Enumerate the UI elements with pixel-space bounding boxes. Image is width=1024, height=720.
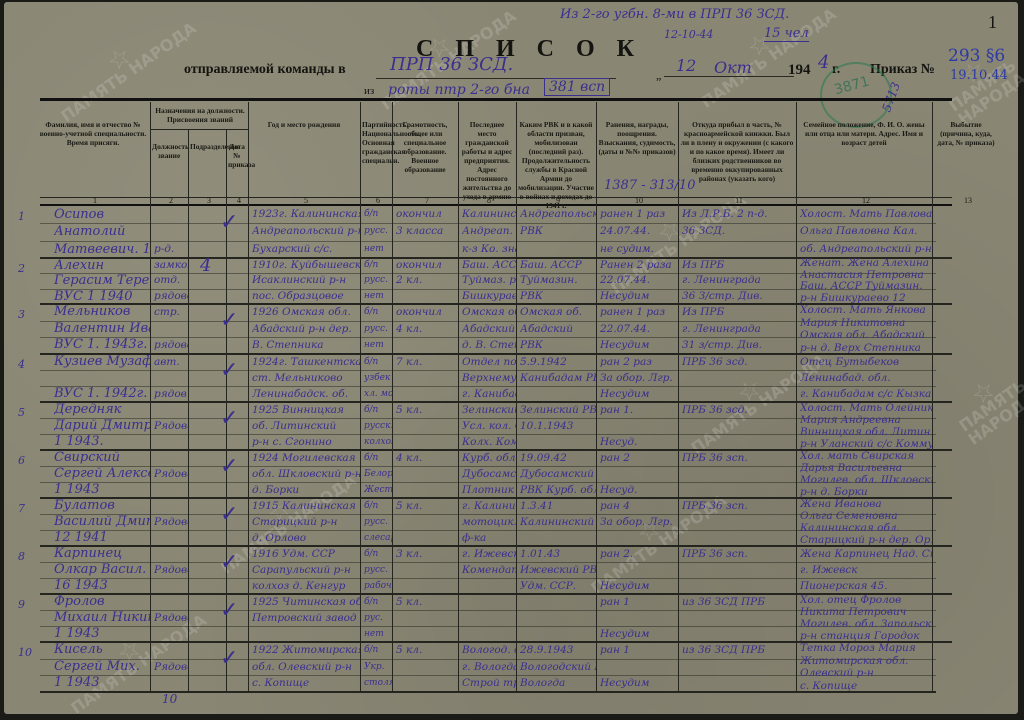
cell-birth: д. Орлово: [252, 530, 360, 546]
cell-family: Баш. АССР Туймазин.: [800, 281, 932, 293]
cell-edu: 4 кл.: [396, 450, 458, 466]
cell-awards: ран 2: [600, 450, 678, 466]
column-number-1: 1: [40, 196, 150, 205]
cell-unit: 4: [200, 258, 234, 273]
cell-name: Михаил Никит.: [54, 610, 150, 626]
cell-rvk: РВК Курб. обл.: [520, 482, 596, 498]
cell-family: Тетка Мороз Мария: [800, 642, 932, 655]
from-unit: роты птр 2-го бна: [388, 82, 530, 98]
top-note-line2: 12-10-44: [664, 28, 713, 41]
column-divider: [392, 102, 393, 692]
cell-work: Вологод. обл.: [462, 642, 516, 659]
checkmark-icon: ✓: [220, 210, 238, 235]
cell-party: б/п: [364, 304, 392, 321]
cell-awards: ран 1.: [600, 402, 678, 418]
cell-family: Холост. Мать Павлова: [800, 206, 932, 223]
cell-birth: обл. Олевский р-н: [252, 659, 360, 676]
cell-party: русс.: [364, 562, 392, 578]
column-header-10: Ранения, награды, поощрения. Взыскания, …: [598, 120, 676, 156]
cell-name: Сергей Алексеев.: [54, 466, 150, 482]
cell-awards: ран 1: [600, 594, 678, 610]
cell-birth: 1924 Могилевская: [252, 450, 360, 466]
cell-work: д. В. Степника: [462, 337, 516, 354]
cell-rank: рядов.: [154, 386, 188, 402]
cell-birth: Абадский р-н дер.: [252, 321, 360, 338]
column-header-8: Последнее место гражданской работы и адр…: [460, 120, 514, 201]
cell-birth: Андреапольский р-н: [252, 223, 360, 240]
cell-party: б/п: [364, 594, 392, 610]
cell-work: Абадский р-н: [462, 321, 516, 338]
cell-name: ВУС 1 1940: [54, 289, 150, 304]
column-number-10: 10: [600, 196, 678, 205]
checkmark-icon: ✓: [220, 454, 238, 479]
cell-birth: Петровский завод: [252, 610, 360, 626]
cell-family: Женат. Жена Алехина: [800, 258, 932, 270]
column-number-8: 8: [462, 196, 516, 205]
top-note-line1: Из 2-го угбн. 8-ми в ПРП 36 ЗСД.: [560, 7, 789, 22]
cell-awards: ран 2 раз: [600, 354, 678, 370]
cell-work: Отдел по: [462, 354, 516, 370]
cell-rvk: Зелинский РВК: [520, 402, 596, 418]
cell-awards: 22.07.44.: [600, 273, 678, 288]
cell-edu: 3 кл.: [396, 546, 458, 562]
cell-party: нет: [364, 626, 392, 642]
cell-work: Туймаз. р-н: [462, 273, 516, 288]
cell-family: Жена Карпинец Над. Ст.: [800, 546, 932, 562]
cell-birth: ст. Мельниково: [252, 370, 360, 386]
cell-family: Могилев. обл. Запольский: [800, 618, 932, 630]
cell-birth: 1923г. Калининская об.: [252, 206, 360, 223]
cell-birth: колхоз д. Кенгур: [252, 578, 360, 594]
cell-edu: 7 кл.: [396, 354, 458, 370]
cell-birth: обл. Шкловский р-н: [252, 466, 360, 482]
cell-party: б/п: [364, 546, 392, 562]
column-divider: [188, 130, 189, 692]
cell-awards: За обор. Лгр.: [600, 514, 678, 530]
cell-family: Могилев. обл. Шкловский: [800, 474, 932, 486]
cell-work: Усл. кол. Сл.: [462, 418, 516, 434]
cell-awards: не судим.: [600, 241, 678, 258]
row-number: 8: [18, 550, 25, 563]
cell-rvk: 5.9.1942: [520, 354, 596, 370]
cell-party: нет: [364, 337, 392, 354]
cell-work: мотоциклетн.: [462, 514, 516, 530]
cell-edu: 5 кл.: [396, 498, 458, 514]
cell-work: г. Вологда: [462, 659, 516, 676]
cell-edu: 5 кл.: [396, 594, 458, 610]
cell-rvk: Ижевский РВК: [520, 562, 596, 578]
checkmark-icon: ✓: [220, 598, 238, 623]
table-top-border: [40, 98, 952, 101]
cell-name: Мельников: [54, 304, 150, 321]
cell-party: Белорус.: [364, 466, 392, 482]
cell-name: ВУС 1. 1942г.: [54, 386, 150, 402]
checkmark-icon: ✓: [220, 502, 238, 527]
cell-family: Старицкий р-н дер. Орлово: [800, 534, 932, 546]
row-number: 2: [18, 262, 25, 275]
column-number-7: 7: [396, 196, 458, 205]
cell-rank: замком: [154, 258, 188, 273]
cell-from: ПРБ 36 зсд.: [682, 402, 796, 418]
cell-birth: р-н с. Сгонино: [252, 434, 360, 450]
cell-party: б/п: [364, 498, 392, 514]
column-number-9: 9: [520, 196, 596, 205]
cell-name: ВУС 1. 1943г.: [54, 337, 150, 354]
row-number: 1: [18, 210, 25, 223]
cell-family: Мария Андреевна: [800, 414, 932, 426]
order-date: 19.10.44: [950, 68, 1008, 83]
cell-awards: 22.07.44.: [600, 321, 678, 338]
cell-from: Из ПРБ: [682, 258, 796, 273]
cell-family: р-н Бишкураево 12: [800, 293, 932, 305]
cell-name: Булатов: [54, 498, 150, 514]
cell-party: б/п: [364, 258, 392, 273]
cell-work: г. Калинин: [462, 498, 516, 514]
cell-from: 31 з/стр. Див.: [682, 337, 796, 354]
column-number-4: 4: [230, 196, 248, 205]
cell-party: русск.: [364, 418, 392, 434]
cell-rank: р-д.: [154, 241, 188, 258]
cell-birth: Старицкий р-н: [252, 514, 360, 530]
cell-birth: пос. Образцовое: [252, 289, 360, 304]
cell-from: ПРБ 36 зсд.: [682, 354, 796, 370]
cell-rvk: РВК: [520, 223, 596, 240]
cell-from: 36 ЗСД.: [682, 223, 796, 240]
cell-family: р-н станция Городок: [800, 630, 932, 642]
page-number: 1: [988, 12, 997, 33]
cell-awards: ранен 1 раз: [600, 206, 678, 223]
cell-name: Анатолий: [54, 223, 150, 240]
cell-name: 1 1943: [54, 626, 150, 642]
cell-awards: Несудим: [600, 626, 678, 642]
cell-rvk: Андреапольский: [520, 206, 596, 223]
cell-rvk: 10.1.1943: [520, 418, 596, 434]
cell-family: Омская обл. Абадский: [800, 329, 932, 342]
unit-box: 381 всп: [544, 78, 610, 96]
cell-rank: отд.: [154, 273, 188, 288]
cell-rank: Рядовой: [154, 610, 188, 626]
cell-rvk: 1.01.43: [520, 546, 596, 562]
column-number-2: 2: [154, 196, 188, 205]
cell-name: 12 1941: [54, 530, 150, 546]
row-number: 3: [18, 308, 25, 321]
cell-name: Валентин Иван.: [54, 321, 150, 338]
cell-family: Калининская обл.: [800, 522, 932, 534]
cell-name: Алехин: [54, 258, 150, 273]
cell-birth: 1910г. Куйбышевская: [252, 258, 360, 273]
cell-birth: Ленинабадск. об.: [252, 386, 360, 402]
column-header-6: Партийность. Национальность. Основная гр…: [362, 120, 390, 165]
cell-edu: окончил: [396, 304, 458, 321]
checkmark-icon: ✓: [220, 550, 238, 575]
cell-party: русс.: [364, 273, 392, 288]
column-header-13: Выбытие (причина, куда, дата, № приказа): [934, 120, 998, 147]
column-divider: [248, 102, 249, 692]
column-header-4: Дата № приказа: [228, 142, 246, 169]
cell-party: слесарь: [364, 530, 392, 546]
cell-from: Из Л.Р.Б. 2 п-д.: [682, 206, 796, 223]
column-number-12: 12: [800, 196, 932, 205]
cell-awards: Несудим: [600, 675, 678, 692]
cell-edu: 2 кл.: [396, 273, 458, 288]
cell-family: Винницкая обл. Литин.: [800, 426, 932, 438]
cell-work: Андреап. р-н: [462, 223, 516, 240]
cell-name: Матвеевич. 1920.: [54, 241, 150, 258]
cell-work: Верхнему: [462, 370, 516, 386]
cell-work: Курб. обл.: [462, 450, 516, 466]
column-divider: [796, 102, 797, 692]
cell-rank: Рядовой: [154, 466, 188, 482]
cell-family: Олевский р-н: [800, 667, 932, 680]
watermark: ☆ПАМЯТЬ НАРОДА: [947, 364, 1024, 448]
cell-family: Ленинабад. обл.: [800, 370, 932, 386]
column-header-11: Откуда прибыл в часть, № красноармейской…: [680, 120, 794, 183]
cell-from: ПРБ 36 зсп.: [682, 546, 796, 562]
cell-rvk: РВК: [520, 289, 596, 304]
cell-birth: 1924г. Ташкентская: [252, 354, 360, 370]
cell-work: ф-ка: [462, 530, 516, 546]
cell-party: столяр: [364, 675, 392, 692]
cell-work: Комендатура: [462, 562, 516, 578]
checkmark-icon: ✓: [220, 308, 238, 333]
cell-rvk: Вологодский РВК: [520, 659, 596, 676]
cell-rank: Рядовой: [154, 659, 188, 676]
cell-party: русс.: [364, 321, 392, 338]
cell-birth: 1925 Винницкая: [252, 402, 360, 418]
row-number: 4: [18, 358, 25, 371]
bottom-mark: 10: [162, 692, 177, 706]
column-header-5: Год и место рождения: [250, 120, 358, 129]
row-number: 9: [18, 598, 25, 611]
cell-from: г. Ленинграда: [682, 273, 796, 288]
column-header-1: Фамилия, имя и отчество № военно-учетной…: [38, 120, 148, 147]
cell-birth: с. Копище: [252, 675, 360, 692]
cell-name: Кисель: [54, 642, 150, 659]
date-underline: [664, 76, 794, 77]
cell-party: колхозник: [364, 434, 392, 450]
cell-rank: Рядовой: [154, 562, 188, 578]
cell-rvk: Омская об.: [520, 304, 596, 321]
cell-birth: В. Степника: [252, 337, 360, 354]
document-sheet: ☆ПАМЯТЬ НАРОДА ☆ПАМЯТЬ НАРОДА ☆ПАМЯТЬ НА…: [4, 2, 1018, 714]
cell-awards: Несудим: [600, 289, 678, 304]
cell-family: р-н д. Борки: [800, 486, 932, 498]
cell-birth: 1916 Удм. ССР: [252, 546, 360, 562]
cell-name: Осипов: [54, 206, 150, 223]
cell-work: к-з Ко. знам.: [462, 241, 516, 258]
cell-rvk: Канибадам РВК: [520, 370, 596, 386]
column-number-13: 13: [936, 196, 1000, 205]
header-group-appointments: Назначения на должности. Присвоения зван…: [154, 106, 246, 124]
cell-name: Кузиев Музафар: [54, 354, 150, 370]
cell-birth: Исаклинский р-н: [252, 273, 360, 288]
cell-family: Жена Иванова: [800, 498, 932, 510]
cell-birth: об. Литинский: [252, 418, 360, 434]
cell-awards: Несудим: [600, 386, 678, 402]
cell-name: 1 1943: [54, 482, 150, 498]
cell-party: б/п: [364, 206, 392, 223]
cell-family: Никита Петрович: [800, 606, 932, 618]
cell-family: Житомирская обл.: [800, 655, 932, 668]
cell-party: рабоч.: [364, 578, 392, 594]
cell-awards: Несудим: [600, 337, 678, 354]
cell-from: из 36 ЗСД ПРБ: [682, 642, 796, 659]
row-number: 10: [18, 646, 32, 659]
cell-work: г. Канибадам: [462, 386, 516, 402]
cell-family: Дарья Васильевна: [800, 462, 932, 474]
cell-family: Хол. отец Фролов: [800, 594, 932, 606]
cell-family: об. Андреапольский р-н: [800, 241, 932, 258]
cell-name: Сергей Мих.: [54, 659, 150, 676]
cell-work: Баш. АССР: [462, 258, 516, 273]
column-divider: [516, 102, 517, 692]
cell-edu: 5 кл.: [396, 402, 458, 418]
cell-party: б/п: [364, 642, 392, 659]
cell-family: Хол. мать Свирская: [800, 450, 932, 462]
cell-name: 16 1943: [54, 578, 150, 594]
cell-family: Ольга Семеновна: [800, 510, 932, 522]
cell-rvk: 28.9.1943: [520, 642, 596, 659]
cell-rvk: РВК: [520, 337, 596, 354]
cell-from: г. Ленинграда: [682, 321, 796, 338]
cell-rvk: 19.09.42: [520, 450, 596, 466]
cell-party: узбек: [364, 370, 392, 386]
cell-rank: рядовой: [154, 337, 188, 354]
stamp: [820, 62, 892, 128]
cell-rank: стр.: [154, 304, 188, 321]
cell-party: хл. мол.: [364, 386, 392, 402]
cell-family: Холост. Мать Янкова: [800, 304, 932, 317]
cell-birth: Сарапульский р-н: [252, 562, 360, 578]
cell-name: Фролов: [54, 594, 150, 610]
cell-rank: авт.: [154, 354, 188, 370]
cell-rvk: Удм. ССР.: [520, 578, 596, 594]
cell-family: Холост. Мать Олейник: [800, 402, 932, 414]
column-divider: [458, 102, 459, 692]
column-divider: [150, 102, 151, 692]
cell-rvk: Вологда: [520, 675, 596, 692]
cell-rvk: Дубосамский: [520, 466, 596, 482]
cell-work: Дубосамский р-н: [462, 466, 516, 482]
cell-from: ПРБ 36 зсп.: [682, 450, 796, 466]
cell-party: рус.: [364, 610, 392, 626]
cell-name: Дередняк: [54, 402, 150, 418]
order-number: 293 §6: [948, 46, 1005, 66]
column-header-3: Подразделение: [190, 142, 224, 151]
cell-party: б/п: [364, 402, 392, 418]
cell-birth: д. Борки: [252, 482, 360, 498]
checkmark-icon: ✓: [220, 646, 238, 671]
cell-birth: Бухарский с/с.: [252, 241, 360, 258]
cell-edu: 3 класса: [396, 223, 458, 240]
cell-birth: 1926 Омская обл.: [252, 304, 360, 321]
cell-party: б/п: [364, 450, 392, 466]
team-destination: ПРП 36 ЗСД.: [390, 54, 513, 75]
cell-work: Строй трест: [462, 675, 516, 692]
cell-awards: ран 4: [600, 498, 678, 514]
cell-awards: За обор. Лгр.: [600, 370, 678, 386]
column-number-3: 3: [192, 196, 226, 205]
cell-rvk: Баш. АССР: [520, 258, 596, 273]
cell-name: Герасим Терентьев.: [54, 273, 150, 288]
column-number-5: 5: [252, 196, 360, 205]
top-note-count: 15 чел: [764, 26, 809, 42]
row-number: 5: [18, 406, 25, 419]
cell-edu: окончил: [396, 206, 458, 223]
cell-awards: Несудим: [600, 578, 678, 594]
cell-awards: 24.07.44.: [600, 223, 678, 240]
cell-birth: 1922 Житомирская: [252, 642, 360, 659]
team-label: отправляемой команды в: [184, 62, 346, 78]
column-divider: [932, 102, 933, 692]
cell-family: р-н Уланский с/с Коммунар: [800, 438, 932, 450]
cell-from: ПРБ 36 зсп.: [682, 498, 796, 514]
group-header-divider: [150, 129, 248, 130]
year-suffix: 4: [818, 52, 829, 73]
cell-family: г. Канибадам с/с Кызкап: [800, 386, 932, 402]
cell-work: Калининская об.: [462, 206, 516, 223]
cell-family: Отец Бутыбеков: [800, 354, 932, 370]
cell-family: с. Копище: [800, 680, 932, 693]
cell-work: Омская об.: [462, 304, 516, 321]
cell-rvk: Абадский: [520, 321, 596, 338]
checkmark-icon: ✓: [220, 358, 238, 383]
cell-edu: 5 кл.: [396, 642, 458, 659]
cell-name: 1 1943.: [54, 434, 150, 450]
cell-work: г. Ижевск: [462, 546, 516, 562]
cell-family: Анастасия Петровна: [800, 270, 932, 282]
cell-rank: Рядовой: [154, 418, 188, 434]
column-divider: [360, 102, 361, 692]
cell-name: Свирский: [54, 450, 150, 466]
cell-rank: Рядовой: [154, 514, 188, 530]
cell-party: Жестян.: [364, 482, 392, 498]
cell-name: Василий Дмитр.: [54, 514, 150, 530]
column-header-12: Семейное положение, Ф. И. О. жены или от…: [798, 120, 930, 147]
cell-work: Колх. Коммунар: [462, 434, 516, 450]
cell-edu: окончил: [396, 258, 458, 273]
cell-from: 36 З/стр. Див.: [682, 289, 796, 304]
column-number-6: 6: [364, 196, 392, 205]
cell-name: Карпинец: [54, 546, 150, 562]
checkmark-icon: ✓: [220, 406, 238, 431]
cell-name: Олкар Васил.: [54, 562, 150, 578]
col11-annotation: 1387 - 313/10: [604, 178, 695, 193]
cell-birth: 1925 Читинская обл.: [252, 594, 360, 610]
cell-awards: ран 1: [600, 642, 678, 659]
cell-name: 1 1943: [54, 675, 150, 692]
cell-party: нет: [364, 241, 392, 258]
cell-from: Из ПРБ: [682, 304, 796, 321]
column-header-2: Должность звание: [152, 142, 186, 160]
cell-party: б/п: [364, 354, 392, 370]
date-month: Окт: [714, 58, 752, 77]
cell-party: Укр.: [364, 659, 392, 676]
cell-from: из 36 ЗСД ПРБ: [682, 594, 796, 610]
cell-edu: 4 кл.: [396, 321, 458, 338]
cell-awards: Несуд.: [600, 434, 678, 450]
cell-family: г. Ижевск: [800, 562, 932, 578]
row-number: 7: [18, 502, 25, 515]
column-header-7: Грамотность, общее или специальное образ…: [394, 120, 456, 174]
date-day: 12: [676, 56, 696, 75]
cell-family: Мария Никитовна: [800, 317, 932, 330]
cell-name: Дарий Дмитр.: [54, 418, 150, 434]
row-number: 6: [18, 454, 25, 467]
cell-awards: Несуд.: [600, 482, 678, 498]
cell-awards: ран 2.: [600, 546, 678, 562]
cell-work: Зелинский р-н: [462, 402, 516, 418]
